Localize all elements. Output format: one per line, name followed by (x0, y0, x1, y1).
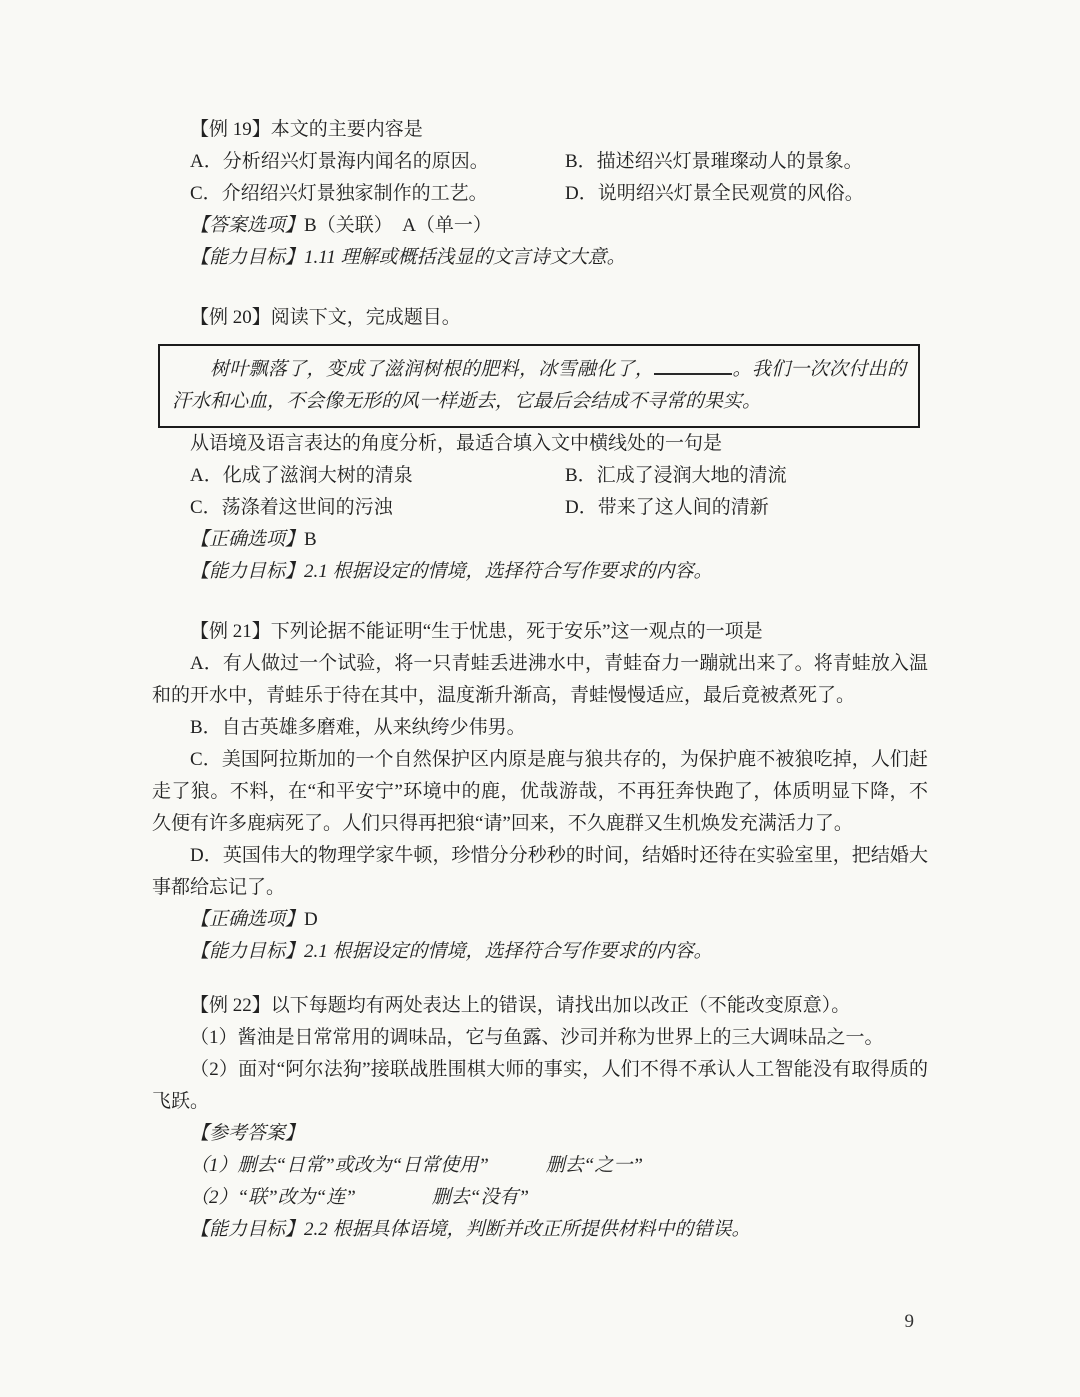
correct-option-value: D (304, 909, 318, 930)
example-20-option-d: D．带来了这人间的清新 (565, 492, 928, 524)
reference-answer-1: （1）删去“日常”或改为“日常使用” 删去“之一” (152, 1150, 928, 1182)
ability-goal-value: 2.1 根据设定的情境，选择符合写作要求的内容。 (304, 941, 713, 962)
ability-goal-label: 【能力目标】 (190, 561, 304, 582)
example-21-option-a: A．有人做过一个试验，将一只青蛙丢进沸水中，青蛙奋力一蹦就出来了。将青蛙放入温和… (152, 648, 928, 712)
example-21-option-d: D．英国伟大的物理学家牛顿，珍惜分分秒秒的时间，结婚时还待在实验室里，把结婚大事… (152, 840, 928, 904)
example-20-options-row-1: A．化成了滋润大树的清泉 B．汇成了浸润大地的清流 (152, 460, 928, 492)
ability-goal-label: 【能力目标】 (190, 941, 304, 962)
example-19-option-b: B．描述绍兴灯景璀璨动人的景象。 (565, 146, 928, 178)
example-20-ability-line: 【能力目标】2.1 根据设定的情境，选择符合写作要求的内容。 (152, 556, 928, 588)
example-21-option-c: C．美国阿拉斯加的一个自然保护区内原是鹿与狼共存的，为保护鹿不被狼吃掉，人们赶走… (152, 744, 928, 840)
example-20-question: 从语境及语言表达的角度分析，最适合填入文中横线处的一句是 (152, 428, 928, 460)
example-20-title: 【例 20】阅读下文，完成题目。 (152, 302, 928, 334)
example-21-answer-line: 【正确选项】D (152, 904, 928, 936)
example-21-ability-line: 【能力目标】2.1 根据设定的情境，选择符合写作要求的内容。 (152, 936, 928, 968)
example-19-option-a: A．分析绍兴灯景海内闻名的原因。 (190, 146, 565, 178)
example-20-option-a: A．化成了滋润大树的清泉 (190, 460, 565, 492)
example-21-title: 【例 21】下列论据不能证明“生于忧患，死于安乐”这一观点的一项是 (152, 616, 928, 648)
reading-passage-box: 树叶飘落了，变成了滋润树根的肥料，冰雪融化了，。我们一次次付出的汗水和心血，不会… (158, 344, 920, 428)
example-22: 【例 22】以下每题均有两处表达上的错误，请找出加以改正（不能改变原意）。 （1… (152, 990, 928, 1246)
answer-options-value: B（关联） A（单一） (304, 215, 492, 236)
document-page: 【例 19】本文的主要内容是 A．分析绍兴灯景海内闻名的原因。 B．描述绍兴灯景… (0, 0, 1080, 1397)
ability-goal-value: 2.2 根据具体语境，判断并改正所提供材料中的错误。 (304, 1219, 751, 1240)
example-22-ability-line: 【能力目标】2.2 根据具体语境，判断并改正所提供材料中的错误。 (152, 1214, 928, 1246)
example-20: 【例 20】阅读下文，完成题目。 树叶飘落了，变成了滋润树根的肥料，冰雪融化了，… (152, 302, 928, 588)
example-22-item-1: （1）酱油是日常常用的调味品，它与鱼露、沙司并称为世界上的三大调味品之一。 (152, 1022, 928, 1054)
correct-option-label: 【正确选项】 (190, 529, 304, 550)
example-20-answer-line: 【正确选项】B (152, 524, 928, 556)
correct-option-value: B (304, 529, 317, 550)
example-19-answer-line: 【答案选项】B（关联） A（单一） (152, 210, 928, 242)
example-20-option-b: B．汇成了浸润大地的清流 (565, 460, 928, 492)
passage-text: 树叶飘落了，变成了滋润树根的肥料，冰雪融化了，。我们一次次付出的汗水和心血，不会… (172, 354, 906, 418)
page-number: 9 (152, 1306, 928, 1338)
example-22-item-2: （2）面对“阿尔法狗”接联战胜围棋大师的事实，人们不得不承认人工智能没有取得质的… (152, 1054, 928, 1118)
example-19-option-c: C．介绍绍兴灯景独家制作的工艺。 (190, 178, 565, 210)
correct-option-label: 【正确选项】 (190, 909, 304, 930)
example-20-options-row-2: C．荡涤着这世间的污浊 D．带来了这人间的清新 (152, 492, 928, 524)
ability-goal-value: 1.11 理解或概括浅显的文言诗文大意。 (304, 247, 626, 268)
ability-goal-value: 2.1 根据设定的情境，选择符合写作要求的内容。 (304, 561, 713, 582)
example-21-option-b: B．自古英雄多磨难，从来纨绔少伟男。 (152, 712, 928, 744)
example-19-title: 【例 19】本文的主要内容是 (152, 114, 928, 146)
example-22-title: 【例 22】以下每题均有两处表达上的错误，请找出加以改正（不能改变原意）。 (152, 990, 928, 1022)
example-19-options-row-2: C．介绍绍兴灯景独家制作的工艺。 D．说明绍兴灯景全民观赏的风俗。 (152, 178, 928, 210)
example-21: 【例 21】下列论据不能证明“生于忧患，死于安乐”这一观点的一项是 A．有人做过… (152, 616, 928, 968)
ability-goal-label: 【能力目标】 (190, 247, 304, 268)
example-19: 【例 19】本文的主要内容是 A．分析绍兴灯景海内闻名的原因。 B．描述绍兴灯景… (152, 114, 928, 274)
example-19-ability-line: 【能力目标】1.11 理解或概括浅显的文言诗文大意。 (152, 242, 928, 274)
answer-options-label: 【答案选项】 (190, 215, 304, 236)
example-20-option-c: C．荡涤着这世间的污浊 (190, 492, 565, 524)
reference-answer-label: 【参考答案】 (152, 1118, 928, 1150)
passage-before-blank: 树叶飘落了，变成了滋润树根的肥料，冰雪融化了， (210, 359, 654, 380)
ability-goal-label: 【能力目标】 (190, 1219, 304, 1240)
reference-answer-2: （2）“联”改为“连” 删去“没有” (152, 1182, 928, 1214)
example-19-options-row-1: A．分析绍兴灯景海内闻名的原因。 B．描述绍兴灯景璀璨动人的景象。 (152, 146, 928, 178)
fill-in-blank-line (654, 357, 732, 375)
example-19-option-d: D．说明绍兴灯景全民观赏的风俗。 (565, 178, 928, 210)
